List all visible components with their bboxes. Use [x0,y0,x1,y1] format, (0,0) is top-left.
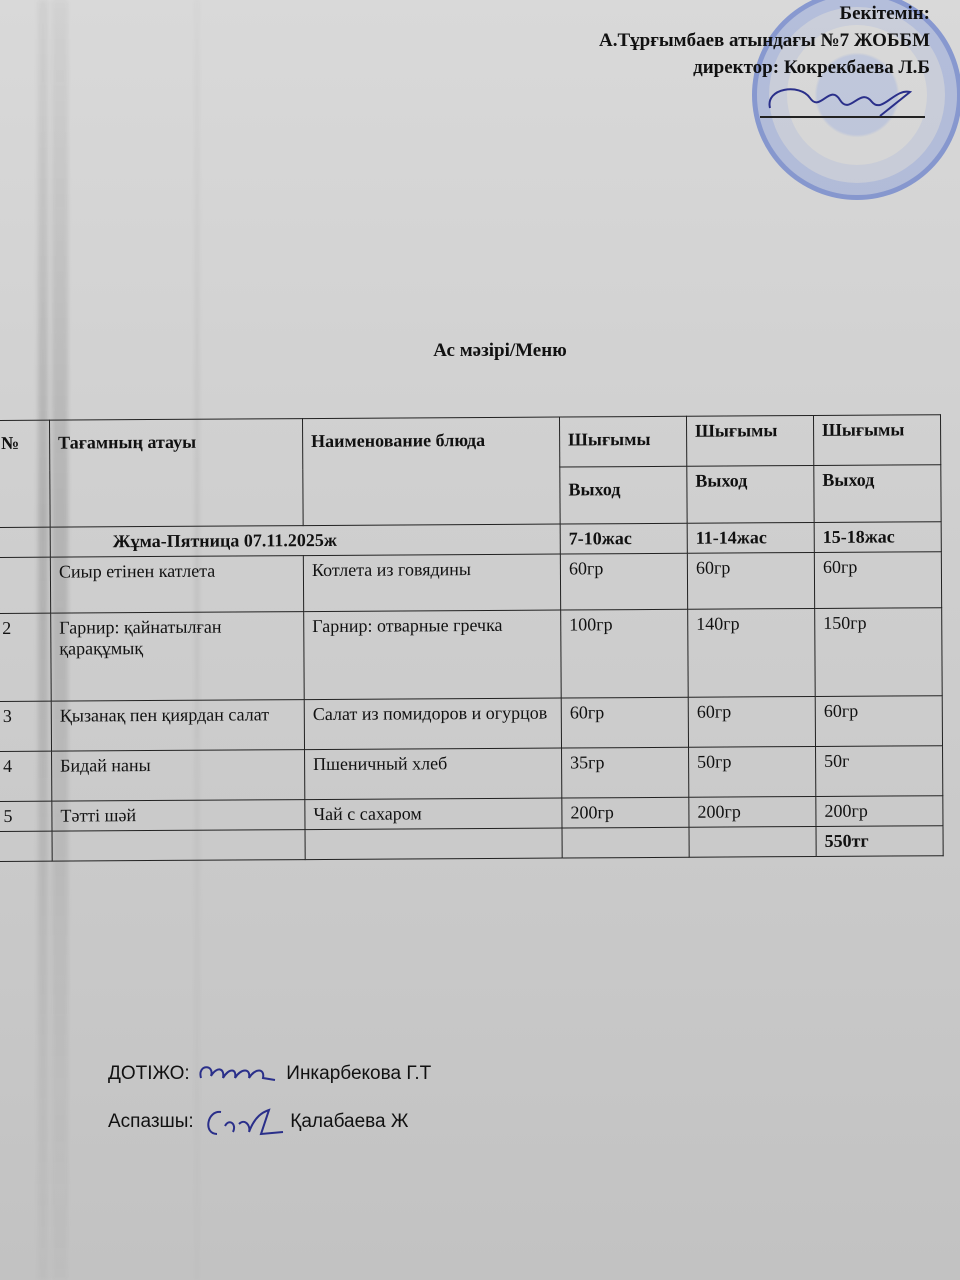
header-output-ru: Выход [687,465,814,523]
portion-15-18: 150гр [815,608,943,697]
dish-name-kz: Тәтті шәй [52,800,305,832]
portion-7-10: 200гр [562,797,689,828]
table-row: Сиыр етінен катлета Котлета из говядины … [0,552,942,614]
header-name-ru: Наименование блюда [302,417,560,526]
cook-name: Қалабаева Ж [290,1111,408,1132]
signature-line [760,116,925,118]
nutritionist-line: ДОТІЖО: Инкарбекова Г.Т [108,1060,431,1088]
approval-heading: Бекітемін: [599,0,930,27]
portion-11-14: 200гр [689,796,816,827]
portion-15-18: 50г [816,746,943,797]
portion-7-10: 35гр [562,747,689,798]
portion-15-18: 60гр [815,696,942,747]
age-group: 11-14жас [687,522,814,553]
header-output-kz: Шығымы [813,415,940,466]
day-num-cell [0,527,50,557]
empty-cell [52,830,305,862]
header-name-kz: Тағамның атауы [50,419,304,528]
header-row: № Тағамның атауы Наименование блюда Шығы… [0,415,941,471]
empty-cell [305,828,562,860]
age-group: 15-18жас [814,522,941,553]
empty-cell [689,826,816,857]
cook-label: Аспазшы: [108,1111,194,1132]
approval-school: А.Тұрғымбаев атындағы №7 ЖОББМ [599,27,930,54]
total-price: 550тг [816,826,943,857]
header-output-ru: Выход [814,465,941,523]
portion-7-10: 60гр [560,553,687,610]
row-num [0,557,51,613]
table-row: 4 Бидай наны Пшеничный хлеб 35гр 50гр 50… [0,746,943,802]
dish-name-ru: Гарнир: отварные гречка [304,610,562,700]
row-num: 3 [0,701,52,751]
dish-name-ru: Чай с сахаром [305,798,562,830]
dish-name-ru: Пшеничный хлеб [305,748,562,800]
portion-11-14: 50гр [689,746,816,797]
portion-11-14: 60гр [687,552,814,609]
dish-name-kz: Бидай наны [52,750,305,802]
row-num: 5 [0,801,52,831]
dish-name-kz: Қызанақ пен қиярдан салат [51,700,304,752]
table-row: 2 Гарнир: қайнатылған қарақұмық Гарнир: … [0,608,942,702]
portion-11-14: 140гр [688,608,816,697]
portion-11-14: 60гр [688,696,815,747]
header-output-kz: Шығымы [686,415,813,466]
portion-15-18: 200гр [816,796,943,827]
nutritionist-name: Инкарбекова Г.Т [286,1063,431,1084]
approval-block: Бекітемін: А.Тұрғымбаев атындағы №7 ЖОББ… [599,0,930,81]
nutritionist-signature [195,1060,281,1088]
row-num: 4 [0,751,52,801]
director-signature [760,78,920,118]
age-group: 7-10жас [560,523,687,554]
table-row: 3 Қызанақ пен қиярдан салат Салат из пом… [0,696,943,752]
header-num: № [0,420,50,527]
dish-name-kz: Сиыр етінен катлета [50,556,303,614]
cook-signature [199,1108,285,1136]
nutritionist-label: ДОТІЖО: [108,1063,190,1084]
cook-line: Аспазшы: Қалабаева Ж [108,1108,408,1136]
header-output-ru: Выход [560,466,687,524]
menu-table: № Тағамның атауы Наименование блюда Шығы… [0,414,944,862]
approval-director: директор: Кокрекбаева Л.Б [599,54,930,81]
portion-7-10: 100гр [561,609,689,698]
dish-name-ru: Салат из помидоров и огурцов [304,698,561,750]
total-row: 550тг [0,826,943,862]
header-output-kz: Шығымы [559,416,686,467]
portion-7-10: 60гр [561,697,688,748]
page-title: Ас мәзірі/Меню [0,340,960,362]
row-num: 2 [0,613,51,701]
portion-15-18: 60гр [814,552,941,609]
empty-cell [0,831,52,861]
empty-cell [562,827,689,858]
dish-name-ru: Котлета из говядины [303,554,560,612]
day-label: Жұма-Пятница 07.11.2025ж [50,524,560,557]
dish-name-kz: Гарнир: қайнатылған қарақұмық [51,612,305,702]
